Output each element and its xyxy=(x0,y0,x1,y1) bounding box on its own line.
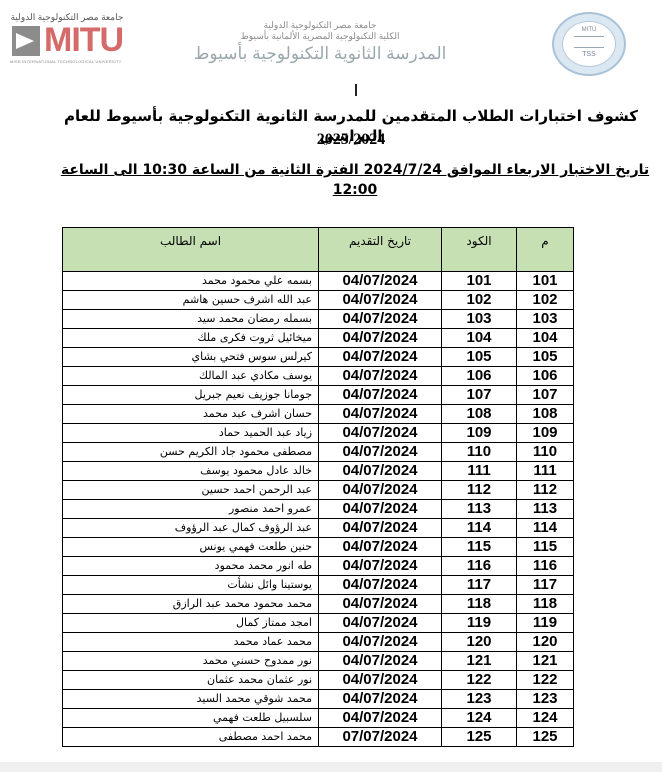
cell-serial: 109 xyxy=(517,424,574,443)
cell-serial: 114 xyxy=(517,519,574,538)
table-header-row: م الكود تاريخ التقديم اسم الطالب xyxy=(63,228,574,272)
cell-student-name: كيرلس سوس فتحي بشاي xyxy=(63,348,319,367)
cell-student-name: يوستينا وائل نشأت xyxy=(63,576,319,595)
cell-date: 04/07/2024 xyxy=(319,462,442,481)
cell-serial: 113 xyxy=(517,500,574,519)
cell-student-name: زياد عبد الحميد حماد xyxy=(63,424,319,443)
cell-serial: 124 xyxy=(517,709,574,728)
cell-date: 04/07/2024 xyxy=(319,576,442,595)
cell-code: 124 xyxy=(442,709,517,728)
cell-date: 04/07/2024 xyxy=(319,595,442,614)
logo-english-caption: MISR INTERNATIONAL TECHNOLOGICAL UNIVERS… xyxy=(10,59,128,64)
cell-date: 04/07/2024 xyxy=(319,481,442,500)
table-row: 12012004/07/2024محمد عماد محمد xyxy=(63,633,574,652)
cell-date: 04/07/2024 xyxy=(319,272,442,291)
table-row: 12312304/07/2024محمد شوقي محمد السيد xyxy=(63,690,574,709)
cell-serial: 105 xyxy=(517,348,574,367)
cell-student-name: مصطفى محمود جاد الكريم حسن xyxy=(63,443,319,462)
cell-code: 116 xyxy=(442,557,517,576)
cell-student-name: عمرو احمد منصور xyxy=(63,500,319,519)
cell-serial: 116 xyxy=(517,557,574,576)
table-row: 10910904/07/2024زياد عبد الحميد حماد xyxy=(63,424,574,443)
cell-student-name: حسان اشرف عبد محمد xyxy=(63,405,319,424)
cell-serial: 112 xyxy=(517,481,574,500)
cell-student-name: محمد احمد مصطفى xyxy=(63,728,319,747)
cell-student-name: حنين طلعت فهمي يونس xyxy=(63,538,319,557)
cell-serial: 123 xyxy=(517,690,574,709)
cell-code: 121 xyxy=(442,652,517,671)
cell-date: 04/07/2024 xyxy=(319,291,442,310)
cell-serial: 118 xyxy=(517,595,574,614)
cell-date: 04/07/2024 xyxy=(319,405,442,424)
table-row: 10610604/07/2024يوسف مكادي عبد المالك xyxy=(63,367,574,386)
table-row: 10310304/07/2024بسمله رمضان محمد سيد xyxy=(63,310,574,329)
cell-code: 118 xyxy=(442,595,517,614)
table-row: 10810804/07/2024حسان اشرف عبد محمد xyxy=(63,405,574,424)
table-row: 11311304/07/2024عمرو احمد منصور xyxy=(63,500,574,519)
cell-code: 107 xyxy=(442,386,517,405)
column-header-code: الكود xyxy=(442,228,517,272)
cell-serial: 125 xyxy=(517,728,574,747)
cell-code: 120 xyxy=(442,633,517,652)
cell-student-name: نور عثمان محمد عثمان xyxy=(63,671,319,690)
cell-serial: 108 xyxy=(517,405,574,424)
cell-date: 04/07/2024 xyxy=(319,614,442,633)
header-university-name: جامعة مصر التكنولوجية الدولية xyxy=(150,20,490,31)
cell-code: 101 xyxy=(442,272,517,291)
cell-date: 04/07/2024 xyxy=(319,367,442,386)
table-row: 11811804/07/2024محمد محمود محمد عبد الرا… xyxy=(63,595,574,614)
cell-serial: 104 xyxy=(517,329,574,348)
table-row: 10510504/07/2024كيرلس سوس فتحي بشاي xyxy=(63,348,574,367)
cell-date: 04/07/2024 xyxy=(319,652,442,671)
cell-code: 123 xyxy=(442,690,517,709)
document-page: جامعة مصر التكنولوجية الدولية MITU MISR … xyxy=(0,0,662,762)
cell-code: 110 xyxy=(442,443,517,462)
cell-student-name: طه انور محمد محمود xyxy=(63,557,319,576)
table-row: 12512507/07/2024محمد احمد مصطفى xyxy=(63,728,574,747)
cell-serial: 107 xyxy=(517,386,574,405)
table-row: 10710704/07/2024جومانا جوزيف نعيم جبريل xyxy=(63,386,574,405)
cell-code: 109 xyxy=(442,424,517,443)
table-body: 10110104/07/2024بسمه علي محمود محمد10210… xyxy=(63,272,574,747)
table-row: 10410404/07/2024ميخائيل ثروت فكرى ملك xyxy=(63,329,574,348)
students-table-wrapper: م الكود تاريخ التقديم اسم الطالب 1011010… xyxy=(62,227,573,747)
cell-code: 108 xyxy=(442,405,517,424)
cell-student-name: جومانا جوزيف نعيم جبريل xyxy=(63,386,319,405)
table-row: 11611604/07/2024طه انور محمد محمود xyxy=(63,557,574,576)
mitu-arrow-icon xyxy=(12,26,40,56)
cell-serial: 101 xyxy=(517,272,574,291)
cell-date: 07/07/2024 xyxy=(319,728,442,747)
cell-date: 04/07/2024 xyxy=(319,310,442,329)
page-bottom-margin xyxy=(0,762,662,772)
cell-student-name: ميخائيل ثروت فكرى ملك xyxy=(63,329,319,348)
cell-student-name: بسمه علي محمود محمد xyxy=(63,272,319,291)
cell-code: 111 xyxy=(442,462,517,481)
cell-date: 04/07/2024 xyxy=(319,671,442,690)
cell-date: 04/07/2024 xyxy=(319,386,442,405)
cell-serial: 120 xyxy=(517,633,574,652)
cell-code: 119 xyxy=(442,614,517,633)
cell-date: 04/07/2024 xyxy=(319,500,442,519)
cell-student-name: بسمله رمضان محمد سيد xyxy=(63,310,319,329)
cell-student-name: عبد الرؤوف كمال عبد الرؤوف xyxy=(63,519,319,538)
seal-book-icon xyxy=(574,36,604,48)
cell-code: 114 xyxy=(442,519,517,538)
cell-code: 103 xyxy=(442,310,517,329)
cell-student-name: عبد الله اشرف حسين هاشم xyxy=(63,291,319,310)
cell-code: 113 xyxy=(442,500,517,519)
cell-serial: 115 xyxy=(517,538,574,557)
cell-code: 117 xyxy=(442,576,517,595)
text-cursor-icon xyxy=(355,84,357,96)
cell-date: 04/07/2024 xyxy=(319,538,442,557)
cell-code: 104 xyxy=(442,329,517,348)
cell-date: 04/07/2024 xyxy=(319,519,442,538)
cell-date: 04/07/2024 xyxy=(319,443,442,462)
cell-code: 122 xyxy=(442,671,517,690)
cell-date: 04/07/2024 xyxy=(319,329,442,348)
cell-code: 115 xyxy=(442,538,517,557)
cell-code: 125 xyxy=(442,728,517,747)
cell-serial: 117 xyxy=(517,576,574,595)
table-row: 11111104/07/2024خالد عادل محمود يوسف xyxy=(63,462,574,481)
cell-student-name: محمد عماد محمد xyxy=(63,633,319,652)
cell-date: 04/07/2024 xyxy=(319,690,442,709)
mitu-university-logo: جامعة مصر التكنولوجية الدولية MITU MISR … xyxy=(8,12,126,68)
cell-student-name: محمد شوقي محمد السيد xyxy=(63,690,319,709)
cell-student-name: عبد الرحمن احمد حسين xyxy=(63,481,319,500)
cell-serial: 122 xyxy=(517,671,574,690)
cell-student-name: خالد عادل محمود يوسف xyxy=(63,462,319,481)
exam-schedule-line: تاريخ الاختبار الاربعاء الموافق 2024/7/2… xyxy=(50,160,660,200)
cell-serial: 102 xyxy=(517,291,574,310)
table-row: 10210204/07/2024عبد الله اشرف حسين هاشم xyxy=(63,291,574,310)
seal-top-text: MITU xyxy=(563,27,615,33)
academic-year: 2025/2024 xyxy=(40,130,662,150)
table-row: 11411404/07/2024عبد الرؤوف كمال عبد الرؤ… xyxy=(63,519,574,538)
header-school-name: المدرسة الثانوية التكنولوجية بأسيوط xyxy=(150,43,490,65)
cell-serial: 103 xyxy=(517,310,574,329)
table-row: 11511504/07/2024حنين طلعت فهمي يونس xyxy=(63,538,574,557)
logo-wordmark: MITU xyxy=(44,22,123,58)
cell-serial: 110 xyxy=(517,443,574,462)
students-table: م الكود تاريخ التقديم اسم الطالب 1011010… xyxy=(62,227,574,747)
cell-date: 04/07/2024 xyxy=(319,633,442,652)
institution-header: جامعة مصر التكنولوجية الدولية الكلية الت… xyxy=(150,20,490,65)
seal-bottom-text: TSS xyxy=(563,51,615,58)
cell-date: 04/07/2024 xyxy=(319,348,442,367)
cell-date: 04/07/2024 xyxy=(319,709,442,728)
cell-student-name: امجد ممتاز كمال xyxy=(63,614,319,633)
seal-inner: MITU TSS xyxy=(562,21,616,67)
table-row: 12212204/07/2024نور عثمان محمد عثمان xyxy=(63,671,574,690)
cell-student-name: محمد محمود محمد عبد الرازق xyxy=(63,595,319,614)
cell-date: 04/07/2024 xyxy=(319,557,442,576)
table-row: 11211204/07/2024عبد الرحمن احمد حسين xyxy=(63,481,574,500)
header-college-name: الكلية التكنولوجية المصرية الألمانية بأس… xyxy=(150,31,490,42)
cell-serial: 111 xyxy=(517,462,574,481)
column-header-name: اسم الطالب xyxy=(63,228,319,272)
cell-student-name: يوسف مكادي عبد المالك xyxy=(63,367,319,386)
tss-seal-logo: MITU TSS xyxy=(552,12,626,76)
table-row: 10110104/07/2024بسمه علي محمود محمد xyxy=(63,272,574,291)
cell-serial: 121 xyxy=(517,652,574,671)
cell-student-name: سلسبيل طلعت فهمي xyxy=(63,709,319,728)
cell-code: 106 xyxy=(442,367,517,386)
cell-serial: 119 xyxy=(517,614,574,633)
cell-code: 105 xyxy=(442,348,517,367)
column-header-date: تاريخ التقديم xyxy=(319,228,442,272)
table-row: 12112104/07/2024نور ممدوح حسني محمد xyxy=(63,652,574,671)
cell-date: 04/07/2024 xyxy=(319,424,442,443)
column-header-serial: م xyxy=(517,228,574,272)
table-row: 11911904/07/2024امجد ممتاز كمال xyxy=(63,614,574,633)
table-row: 11711704/07/2024يوستينا وائل نشأت xyxy=(63,576,574,595)
table-row: 11011004/07/2024مصطفى محمود جاد الكريم ح… xyxy=(63,443,574,462)
table-row: 12412404/07/2024سلسبيل طلعت فهمي xyxy=(63,709,574,728)
cell-serial: 106 xyxy=(517,367,574,386)
cell-student-name: نور ممدوح حسني محمد xyxy=(63,652,319,671)
cell-code: 102 xyxy=(442,291,517,310)
cell-code: 112 xyxy=(442,481,517,500)
